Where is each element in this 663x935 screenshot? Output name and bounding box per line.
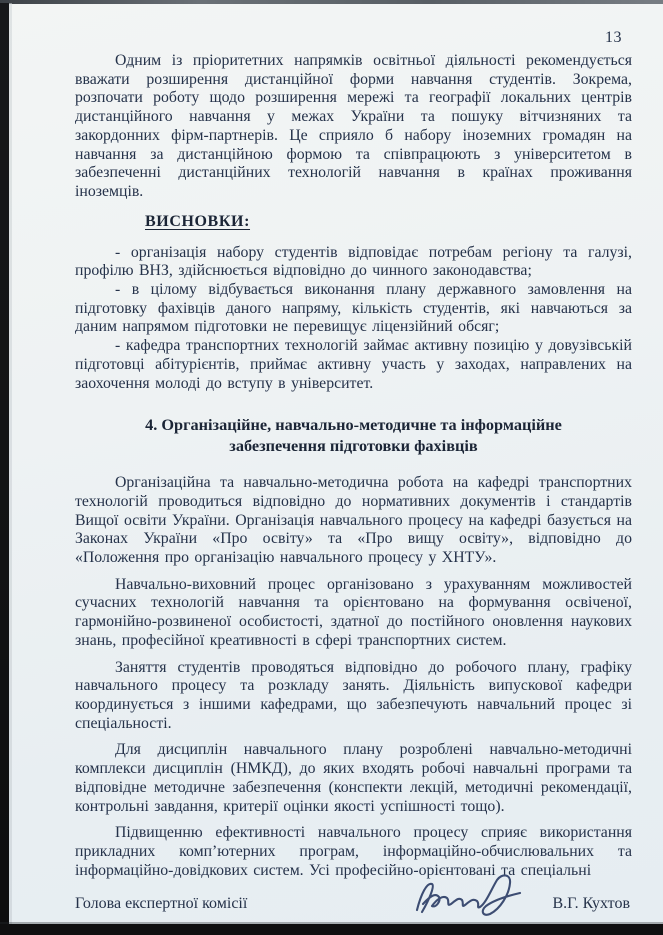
- body-paragraph: Заняття студентів проводяться відповідно…: [75, 659, 632, 734]
- page-content: 13 Одним із пріоритетних напрямків освіт…: [75, 0, 632, 922]
- body-paragraph: Для дисциплін навчального плану розробле…: [75, 741, 632, 816]
- section-heading: 4. Організаційне, навчально-методичне та…: [75, 415, 632, 456]
- scan-edge-left: [0, 3, 9, 935]
- section-body: Організаційна та навчально-методична роб…: [75, 474, 632, 880]
- signatory-role-label: Голова експертної комісії: [75, 895, 247, 913]
- conclusions-list: - організація набору студентів відповіда…: [75, 244, 632, 394]
- conclusion-item: - в цілому відбувається виконання плану …: [75, 281, 632, 337]
- body-paragraph: Підвищенню ефективності навчального проц…: [75, 824, 632, 880]
- scan-edge-bottom: [0, 924, 663, 935]
- conclusion-item: - організація набору студентів відповіда…: [75, 244, 632, 281]
- section-heading-line1: 4. Організаційне, навчально-методичне та…: [145, 415, 562, 434]
- section-heading-line2: забезпечення підготовки фахівців: [229, 436, 477, 455]
- signature-block: Голова експертної комісії В.Г. Кухтов: [75, 886, 632, 922]
- handwritten-signature-icon: [412, 870, 540, 922]
- body-paragraph: Навчально-виховний процес організовано з…: [75, 576, 632, 651]
- page-number: 13: [75, 29, 632, 47]
- intro-paragraph: Одним із пріоритетних напрямків освітньо…: [75, 52, 632, 202]
- signatory-name: В.Г. Кухтов: [552, 895, 632, 913]
- conclusion-item: - кафедра транспортних технологій займає…: [75, 337, 632, 393]
- conclusions-heading: ВИСНОВКИ:: [145, 213, 632, 231]
- body-paragraph: Організаційна та навчально-методична роб…: [75, 474, 632, 568]
- scanned-document-page: 13 Одним із пріоритетних напрямків освіт…: [0, 0, 663, 935]
